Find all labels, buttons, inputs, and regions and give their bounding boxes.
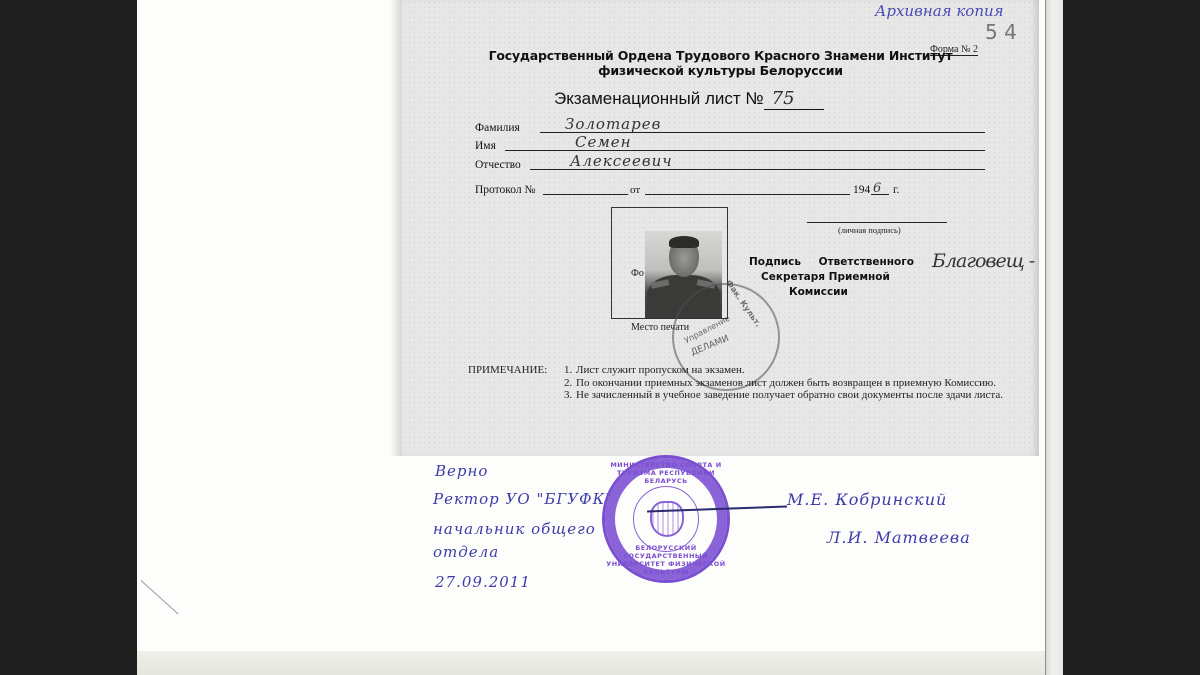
exam-sheet-photocopy: Форма № 2 Государственный Ордена Трудово… [402,0,1039,456]
note-item: 3. Не зачисленный в учебное заведение по… [564,389,1034,402]
sheet-title-text: Экзаменационный лист № [554,89,764,108]
field-label: Отчество [475,159,521,171]
sheet-title: Экзаменационный лист №75 [554,88,824,110]
protocol-number-line [543,194,628,195]
institute-title-line1: Государственный Ордена Трудового Красног… [402,48,1039,63]
image-viewer: Форма № 2 Государственный Ордена Трудово… [0,0,1200,675]
protocol-year-prefix: 194 [853,184,870,196]
protocol-year-line [871,194,889,195]
personal-signature-caption: (личная подпись) [838,225,901,235]
coat-of-arms-icon [650,501,684,537]
field-surname: Фамилия Золотарев [475,116,985,136]
secretary-signature: Благовещ - [932,250,1034,272]
secretary-signature-label: Подпись Ответственного Секретаря Приемно… [749,255,924,300]
field-label: Имя [475,140,496,152]
personal-signature-line [807,222,947,223]
field-protocol: Протокол № от 194 6 г. [475,178,985,198]
photo-label: Фо [631,268,644,279]
page-right-edge [1045,0,1063,675]
certification-line: Верно [435,462,488,480]
sheet-shadow [390,0,402,456]
scanned-page: Форма № 2 Государственный Ордена Трудово… [137,0,1063,675]
certification-line: Ректор УО "БГУФК" [433,490,613,508]
protocol-from-label: от [630,184,640,196]
rector-name: М.Е. Кобринский [787,490,947,509]
official-seal-stamp: МИНИСТЕРСТВО СПОРТА И ТУРИЗМА РЕСПУБЛИКИ… [602,455,730,583]
sheet-number: 75 [764,88,824,110]
protocol-label: Протокол № [475,184,535,196]
page-bottom-edge [137,651,1063,675]
archive-copy-note: Архивная копия [875,2,1004,20]
notes-list: 1. Лист служит пропуском на экзамен. 2. … [564,364,1034,402]
seal-inner-ring [633,486,699,552]
institute-title-line2: физической культуры Белоруссии [402,63,1039,78]
seal-ring-text: МИНИСТЕРСТВО СПОРТА И ТУРИЗМА РЕСПУБЛИКИ… [605,461,727,485]
note-item: 2. По окончании приемных экзаменов лист … [564,377,1034,390]
certification-line: начальник общего [433,520,596,538]
field-value-handwritten: Золотарев [565,115,661,133]
paper-crease [141,580,179,614]
certification-date: 27.09.2011 [435,573,531,591]
institute-title: Государственный Ордена Трудового Красног… [402,48,1039,78]
field-first-name: Имя Семен [475,134,985,154]
field-patronymic: Отчество Алексеевич [475,153,985,173]
note-item: 1. Лист служит пропуском на экзамен. [564,364,1034,377]
photo-hair [669,236,699,248]
department-head-name: Л.И. Матвеева [827,528,971,547]
notes-label: ПРИМЕЧАНИЕ: [468,364,547,377]
field-value-handwritten: Семен [575,133,632,151]
certification-line: отдела [433,543,499,561]
archive-number: 5 4 [985,20,1017,44]
field-value-handwritten: Алексеевич [570,152,673,170]
field-label: Фамилия [475,122,520,134]
seal-ring-text: БЕЛОРУССКИЙ ГОСУДАРСТВЕННЫЙ УНИВЕРСИТЕТ … [605,544,727,576]
protocol-date-line [645,194,850,195]
protocol-year-unit: г. [893,184,899,196]
